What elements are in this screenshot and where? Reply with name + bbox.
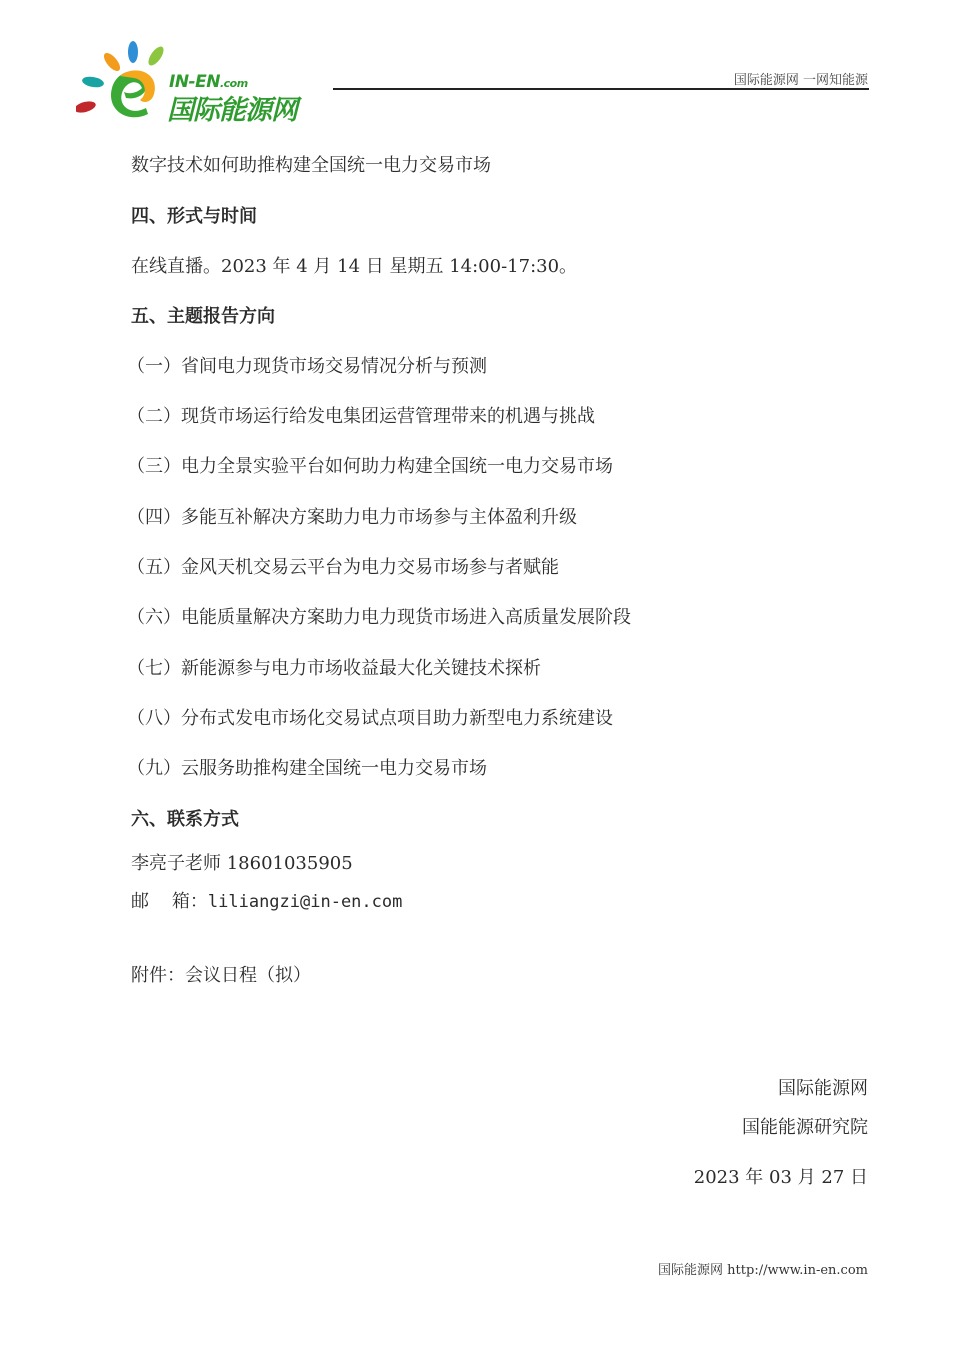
signature-org2: 国能能源研究院: [742, 1113, 868, 1139]
topic-item: （五）金风天机交易云平台为电力交易市场参与者赋能: [127, 553, 559, 579]
header-divider: [333, 88, 869, 90]
intro-line: 数字技术如何助推构建全国统一电力交易市场: [131, 151, 491, 177]
topic-item: （七）新能源参与电力市场收益最大化关键技术探析: [127, 654, 541, 680]
topic-item: （八）分布式发电市场化交易试点项目助力新型电力系统建设: [127, 704, 613, 730]
attachment-note: 附件：会议日程（拟）: [131, 961, 311, 987]
signature-org1: 国际能源网: [778, 1074, 868, 1100]
topic-item: （六）电能质量解决方案助力电力现货市场进入高质量发展阶段: [127, 603, 631, 629]
email-row: 邮 箱：liliangzi@in-en.com: [131, 887, 402, 913]
page-footer: 国际能源网 http://www.in-en.com: [658, 1259, 868, 1278]
section4-text: 在线直播。2023 年 4 月 14 日 星期五 14:00-17:30。: [131, 252, 577, 278]
topic-item: （二）现货市场运行给发电集团运营管理带来的机遇与挑战: [127, 402, 595, 428]
topic-item: （九）云服务助推构建全国统一电力交易市场: [127, 754, 487, 780]
section6-title: 六、联系方式: [131, 805, 239, 831]
contact-person: 李亮子老师 18601035905: [131, 849, 353, 875]
topic-item: （四）多能互补解决方案助力电力市场参与主体盈利升级: [127, 503, 577, 529]
sun-e-logo-icon: [76, 38, 171, 128]
logo-text-cn: 国际能源网: [167, 88, 297, 127]
topic-item: （一）省间电力现货市场交易情况分析与预测: [127, 352, 487, 378]
topic-item: （三）电力全景实验平台如何助力构建全国统一电力交易市场: [127, 452, 613, 478]
signature-date: 2023 年 03 月 27 日: [694, 1163, 868, 1189]
header-slogan: 国际能源网 一网知能源: [734, 69, 868, 88]
section5-title: 五、主题报告方向: [131, 302, 275, 328]
email-label: 邮 箱：: [131, 891, 208, 912]
section4-title: 四、形式与时间: [131, 202, 257, 228]
in-en-logo: IN-EN.com 国际能源网: [76, 38, 326, 128]
email-address[interactable]: liliangzi@in-en.com: [208, 892, 402, 912]
